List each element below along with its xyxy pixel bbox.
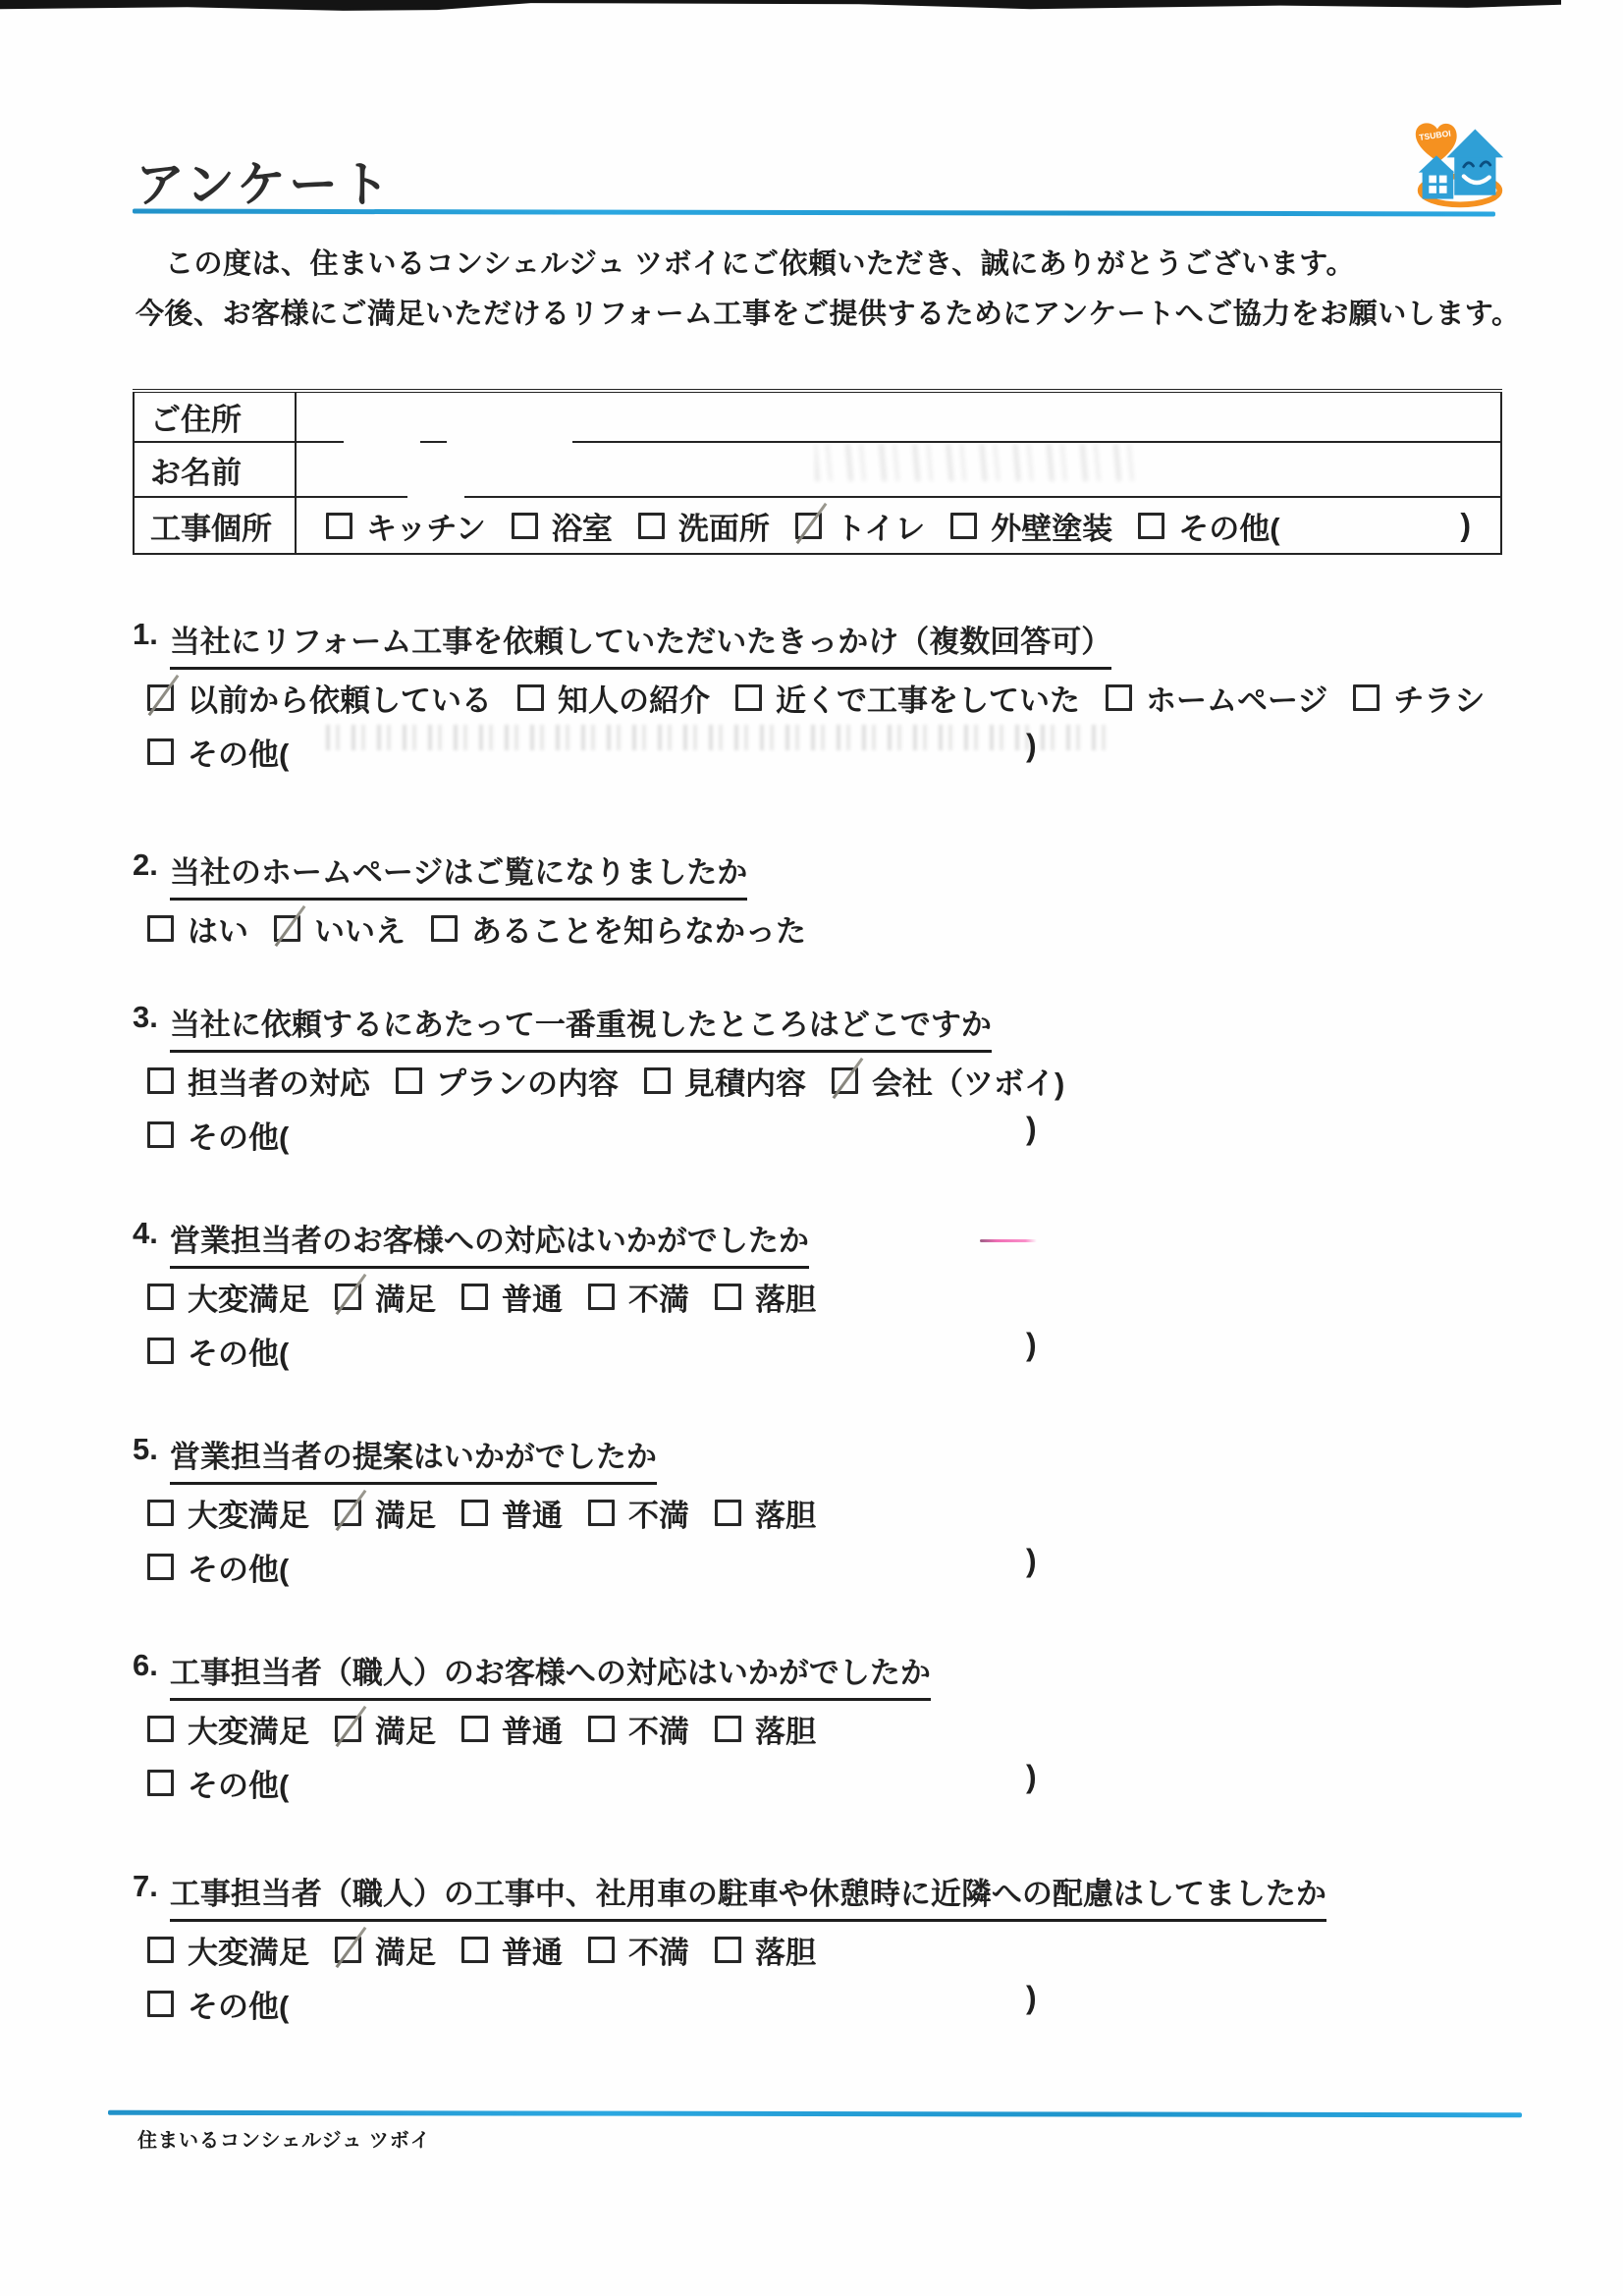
redaction-mark [447, 433, 572, 446]
checkbox-option: 近くで工事をしていた [735, 676, 1080, 720]
table-row-worksite: 工事個所 キッチン浴室洗面所トイレ外壁塗装その他() [134, 497, 1501, 554]
option-row: その他() [147, 1761, 314, 1805]
checkbox-option: 普通 [461, 1928, 563, 1972]
checkbox-option: その他( [147, 1982, 289, 2026]
survey-page: アンケート TSUBOI この度は、住まいるコンシェルジュ ツボイにご依頼いただ… [0, 0, 1623, 2296]
checkbox-label: トイレ [836, 504, 925, 548]
question-number: 1. [133, 617, 158, 652]
checkbox-label: 普通 [502, 1928, 563, 1972]
other-close-paren: ) [1026, 1980, 1037, 2016]
checkbox-label: ホームページ [1146, 676, 1327, 720]
option-row: 以前から依頼している知人の紹介近くで工事をしていたホームページチラシ [147, 676, 1510, 720]
question-heading: 2. 当社のホームページはご覧になりましたか [133, 847, 1527, 901]
checkbox[interactable] [147, 1067, 174, 1094]
checkbox-label: 満足 [375, 1491, 436, 1535]
checkbox-option: 知人の紹介 [517, 676, 710, 720]
checkbox-label: 不満 [628, 1491, 689, 1535]
checkbox-label: はい [188, 906, 248, 951]
checkbox-label: 不満 [628, 1928, 689, 1972]
other-close-paren: ) [1026, 1759, 1037, 1795]
checkbox-option: その他( [1138, 504, 1279, 548]
checkbox-option: プランの内容 [396, 1059, 619, 1103]
checkbox-label: 大変満足 [188, 1928, 309, 1972]
question-title: 営業担当者のお客様への対応はいかがでしたか [170, 1216, 809, 1269]
checkbox-label: 満足 [375, 1275, 436, 1319]
intro-line-2: 今後、お客様にご満足いただけるリフォーム工事をご提供するためにアンケートへご協力… [135, 292, 1521, 332]
checkbox-label: キッチン [366, 504, 486, 548]
checkbox-label: 普通 [502, 1491, 563, 1535]
checkbox-option: その他( [147, 1761, 289, 1805]
checkbox-option: はい [147, 906, 248, 951]
checkbox-label: 会社（ツボイ) [872, 1059, 1064, 1103]
checkbox-label: いいえ [314, 906, 406, 951]
option-row: その他() [147, 1113, 314, 1157]
checkbox-option: トイレ [795, 504, 925, 548]
checkbox-label: 満足 [375, 1707, 436, 1751]
checkbox-option: ホームページ [1106, 676, 1327, 720]
pink-pen-artifact [980, 1239, 1037, 1242]
checkbox-label: 近くで工事をしていた [776, 676, 1080, 720]
checkbox-option: 浴室 [512, 504, 613, 548]
option-row: その他() [147, 1545, 314, 1589]
checkbox-label: その他( [188, 1545, 289, 1589]
checkbox[interactable] [588, 1500, 615, 1526]
worksite-label: 工事個所 [134, 497, 296, 554]
checkbox-option: チラシ [1353, 676, 1485, 720]
option-row: その他() [147, 730, 314, 774]
checkbox[interactable] [147, 1937, 174, 1963]
checkbox-label: プランの内容 [436, 1059, 619, 1103]
question-title: 工事担当者（職人）の工事中、社用車の駐車や休憩時に近隣への配慮はしてましたか [170, 1869, 1326, 1922]
checkbox-option: 以前から依頼している [147, 676, 492, 720]
checkbox[interactable] [1353, 684, 1380, 711]
checkbox-label: 担当者の対応 [188, 1059, 370, 1103]
question-block: 1. 当社にリフォーム工事を依頼していただいたきっかけ（複数回答可） 以前から依… [133, 617, 1527, 828]
checkbox[interactable] [588, 1284, 615, 1310]
checkbox[interactable] [147, 1284, 174, 1310]
checkbox-checked[interactable] [335, 1716, 361, 1742]
question-number: 4. [133, 1216, 158, 1251]
checkbox[interactable] [147, 1500, 174, 1526]
bleedthrough-artifact [326, 725, 1107, 750]
checkbox-option: 落胆 [715, 1491, 816, 1535]
scan-edge-artifact [0, 0, 1561, 14]
question-block: 7. 工事担当者（職人）の工事中、社用車の駐車や休憩時に近隣への配慮はしてました… [133, 1869, 1527, 2080]
question-number: 7. [133, 1869, 158, 1904]
checkbox-checked[interactable] [335, 1500, 361, 1526]
checkbox[interactable] [638, 513, 665, 539]
checkbox-option: 普通 [461, 1491, 563, 1535]
intro-line-1: この度は、住まいるコンシェルジュ ツボイにご依頼いただき、誠にありがとうございま… [165, 242, 1355, 282]
checkbox-label: 落胆 [755, 1928, 816, 1972]
checkbox-label: 見積内容 [684, 1059, 806, 1103]
checkbox-option: 普通 [461, 1707, 563, 1751]
checkbox-option: 満足 [335, 1707, 436, 1751]
checkbox-label: その他( [188, 1113, 289, 1157]
checkbox-option: 満足 [335, 1491, 436, 1535]
question-title: 当社にリフォーム工事を依頼していただいたきっかけ（複数回答可） [170, 617, 1111, 670]
company-logo: TSUBOI [1411, 118, 1509, 212]
checkbox-option: 見積内容 [644, 1059, 806, 1103]
question-block: 5. 営業担当者の提案はいかがでしたか 大変満足満足普通不満落胆その他() [133, 1432, 1527, 1643]
option-row: 大変満足満足普通不満落胆 [147, 1491, 841, 1535]
checkbox-option: 担当者の対応 [147, 1059, 370, 1103]
checkbox-label: その他( [1178, 504, 1279, 548]
checkbox-option: 外壁塗装 [950, 504, 1112, 548]
checkbox-label: 落胆 [755, 1491, 816, 1535]
checkbox[interactable] [147, 1991, 174, 2017]
checkbox-option: 落胆 [715, 1928, 816, 1972]
checkbox-option: 洗面所 [638, 504, 770, 548]
page-title: アンケート [135, 145, 393, 216]
checkbox-option: 満足 [335, 1275, 436, 1319]
redaction-mark [344, 433, 420, 446]
checkbox[interactable] [461, 1284, 488, 1310]
checkbox-label: 落胆 [755, 1707, 816, 1751]
checkbox[interactable] [147, 1554, 174, 1580]
checkbox-label: その他( [188, 1329, 289, 1373]
checkbox-label: 大変満足 [188, 1491, 309, 1535]
redaction-mark [407, 486, 464, 499]
other-close-paren: ) [1026, 1327, 1037, 1363]
checkbox-label: 洗面所 [678, 504, 770, 548]
checkbox[interactable] [644, 1067, 671, 1094]
checkbox-label: あることを知らなかった [471, 906, 806, 951]
checkbox[interactable] [147, 1121, 174, 1148]
checkbox-label: その他( [188, 1761, 289, 1805]
checkbox-option: その他( [147, 730, 289, 774]
checkbox-label: 不満 [628, 1275, 689, 1319]
checkbox-label: その他( [188, 730, 289, 774]
checkbox-option: その他( [147, 1113, 289, 1157]
checkbox[interactable] [147, 738, 174, 765]
checkbox-option: いいえ [274, 906, 406, 951]
checkbox-option: 不満 [588, 1707, 689, 1751]
footer-divider [108, 2110, 1522, 2118]
option-row: その他() [147, 1982, 314, 2026]
question-heading: 6. 工事担当者（職人）のお客様への対応はいかがでしたか [133, 1648, 1527, 1701]
checkbox-label: 外壁塗装 [991, 504, 1112, 548]
checkbox-option: 大変満足 [147, 1275, 309, 1319]
question-title: 営業担当者の提案はいかがでしたか [170, 1432, 657, 1485]
option-row: その他() [147, 1329, 314, 1373]
checkbox-checked[interactable] [795, 513, 822, 539]
worksite-options: キッチン浴室洗面所トイレ外壁塗装その他() [297, 504, 1500, 548]
option-row: 大変満足満足普通不満落胆 [147, 1275, 841, 1319]
address-label: ご住所 [134, 391, 296, 442]
checkbox[interactable] [326, 513, 352, 539]
footer-company-name: 住まいるコンシェルジュ ツボイ [137, 2124, 431, 2153]
checkbox-option: 大変満足 [147, 1707, 309, 1751]
checkbox[interactable] [715, 1500, 741, 1526]
checkbox[interactable] [715, 1716, 741, 1742]
checkbox[interactable] [147, 1338, 174, 1364]
checkbox[interactable] [461, 1716, 488, 1742]
checkbox[interactable] [396, 1067, 422, 1094]
question-heading: 7. 工事担当者（職人）の工事中、社用車の駐車や休憩時に近隣への配慮はしてました… [133, 1869, 1527, 1922]
question-title: 当社に依頼するにあたって一番重視したところはどこですか [170, 1000, 992, 1053]
checkbox-label: 大変満足 [188, 1707, 309, 1751]
checkbox-label: 浴室 [552, 504, 613, 548]
option-row: 大変満足満足普通不満落胆 [147, 1707, 841, 1751]
checkbox[interactable] [735, 684, 762, 711]
question-number: 5. [133, 1432, 158, 1467]
checkbox[interactable] [147, 1770, 174, 1796]
question-number: 3. [133, 1000, 158, 1035]
checkbox-option: 大変満足 [147, 1928, 309, 1972]
question-block: 4. 営業担当者のお客様への対応はいかがでしたか 大変満足満足普通不満落胆その他… [133, 1216, 1527, 1427]
checkbox-option: 落胆 [715, 1707, 816, 1751]
checkbox-option: 会社（ツボイ) [832, 1059, 1064, 1103]
other-close-paren: ) [1026, 1543, 1037, 1579]
checkbox[interactable] [715, 1937, 741, 1963]
checkbox-checked[interactable] [147, 684, 174, 711]
question-block: 3. 当社に依頼するにあたって一番重視したところはどこですか 担当者の対応プラン… [133, 1000, 1527, 1211]
checkbox[interactable] [461, 1500, 488, 1526]
question-number: 6. [133, 1648, 158, 1683]
checkbox-label: 大変満足 [188, 1275, 309, 1319]
checkbox[interactable] [431, 915, 458, 942]
checkbox-option: 不満 [588, 1491, 689, 1535]
checkbox[interactable] [461, 1937, 488, 1963]
checkbox-checked[interactable] [335, 1937, 361, 1963]
other-close-paren: ) [1460, 508, 1471, 544]
checkbox[interactable] [1106, 684, 1132, 711]
question-block: 6. 工事担当者（職人）のお客様への対応はいかがでしたか 大変満足満足普通不満落… [133, 1648, 1527, 1859]
checkbox-checked[interactable] [832, 1067, 858, 1094]
checkbox-label: 知人の紹介 [558, 676, 710, 720]
question-heading: 3. 当社に依頼するにあたって一番重視したところはどこですか [133, 1000, 1527, 1053]
checkbox-option: 落胆 [715, 1275, 816, 1319]
checkbox-checked[interactable] [274, 915, 300, 942]
checkbox-option: 大変満足 [147, 1491, 309, 1535]
question-title: 当社のホームページはご覧になりましたか [170, 847, 747, 901]
checkbox-label: 普通 [502, 1707, 563, 1751]
checkbox-label: チラシ [1393, 676, 1485, 720]
checkbox[interactable] [147, 915, 174, 942]
ghost-handwriting-artifact [815, 444, 1139, 481]
option-row: はいいいえあることを知らなかった [147, 906, 832, 951]
question-title: 工事担当者（職人）のお客様への対応はいかがでしたか [170, 1648, 931, 1701]
checkbox-option: 普通 [461, 1275, 563, 1319]
checkbox[interactable] [1138, 513, 1164, 539]
option-row: 担当者の対応プランの内容見積内容会社（ツボイ) [147, 1059, 1090, 1103]
option-row: 大変満足満足普通不満落胆 [147, 1928, 841, 1972]
checkbox[interactable] [517, 684, 544, 711]
checkbox[interactable] [588, 1716, 615, 1742]
checkbox-option: 不満 [588, 1928, 689, 1972]
checkbox-label: 不満 [628, 1707, 689, 1751]
checkbox-option: あることを知らなかった [431, 906, 806, 951]
checkbox-label: その他( [188, 1982, 289, 2026]
checkbox-option: キッチン [326, 504, 486, 548]
checkbox[interactable] [950, 513, 977, 539]
checkbox-label: 以前から依頼している [188, 676, 492, 720]
checkbox-label: 落胆 [755, 1275, 816, 1319]
checkbox[interactable] [588, 1937, 615, 1963]
checkbox[interactable] [715, 1284, 741, 1310]
checkbox-label: 普通 [502, 1275, 563, 1319]
question-heading: 5. 営業担当者の提案はいかがでしたか [133, 1432, 1527, 1485]
checkbox-option: 満足 [335, 1928, 436, 1972]
question-heading: 1. 当社にリフォーム工事を依頼していただいたきっかけ（複数回答可） [133, 617, 1527, 670]
checkbox-label: 満足 [375, 1928, 436, 1972]
checkbox-option: その他( [147, 1545, 289, 1589]
checkbox-checked[interactable] [335, 1284, 361, 1310]
checkbox-option: 不満 [588, 1275, 689, 1319]
other-close-paren: ) [1026, 1111, 1037, 1147]
question-heading: 4. 営業担当者のお客様への対応はいかがでしたか [133, 1216, 1527, 1269]
checkbox[interactable] [147, 1716, 174, 1742]
table-row-address: ご住所 [134, 391, 1501, 442]
checkbox-option: その他( [147, 1329, 289, 1373]
checkbox[interactable] [512, 513, 538, 539]
name-label: お名前 [134, 442, 296, 497]
question-number: 2. [133, 847, 158, 883]
